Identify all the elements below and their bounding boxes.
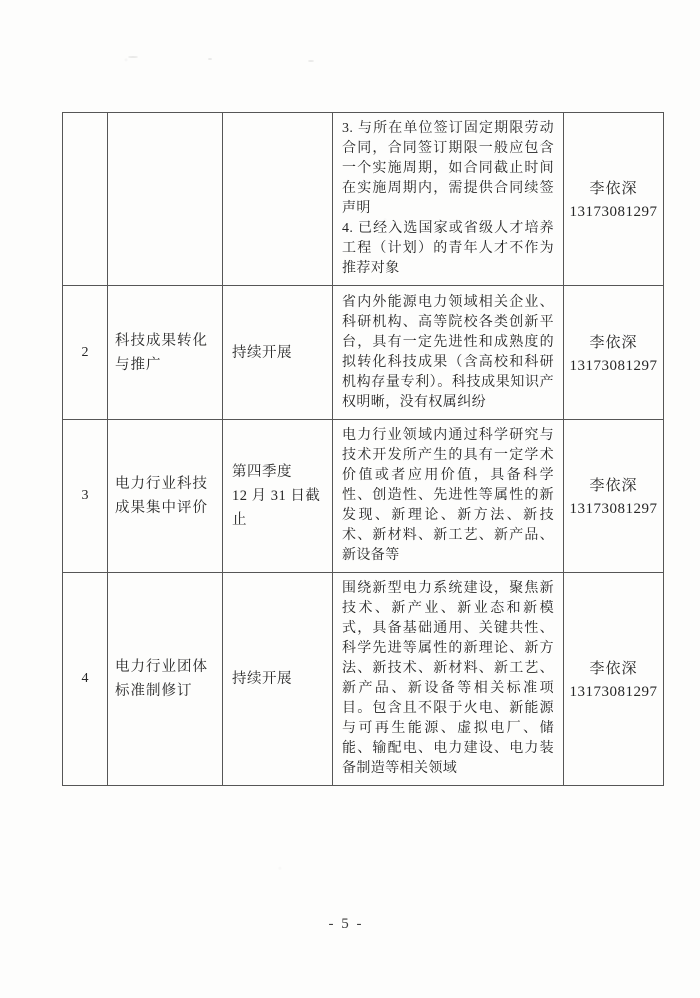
cell-program-name: 科技成果转化与推广 — [108, 286, 223, 420]
contact-phone: 13173081297 — [567, 684, 660, 701]
scanned-document-page: 3. 与所在单位签订固定期限劳动合同，合同签订期限一般应包含一个实施周期，如合同… — [0, 0, 700, 998]
cell-schedule: 持续开展 — [223, 573, 333, 786]
page-number: - 5 - — [0, 916, 692, 933]
cell-program-name: 电力行业团体标准制修订 — [108, 573, 223, 786]
cell-seq: 4 — [63, 573, 108, 786]
contact-name: 李依深 — [567, 177, 660, 198]
table-row: 3. 与所在单位签订固定期限劳动合同，合同签订期限一般应包含一个实施周期，如合同… — [63, 113, 664, 286]
cell-requirements: 电力行业领域内通过科学研究与技术开发所产生的具有一定学术价值或者应用价值，具备科… — [333, 420, 564, 573]
scan-speck — [308, 60, 314, 62]
contact-phone: 13173081297 — [567, 358, 660, 375]
cell-contact: 李依深 13173081297 — [564, 113, 664, 286]
cell-seq — [63, 113, 108, 286]
cell-contact: 李依深 13173081297 — [564, 420, 664, 573]
cell-requirements: 省内外能源电力领域相关企业、科研机构、高等院校各类创新平台，具有一定先进性和成熟… — [333, 286, 564, 420]
contact-name: 李依深 — [567, 474, 660, 495]
cell-contact: 李依深 13173081297 — [564, 286, 664, 420]
table-row: 4 电力行业团体标准制修订 持续开展 围绕新型电力系统建设，聚焦新技术、新产业、… — [63, 573, 664, 786]
cell-seq: 2 — [63, 286, 108, 420]
contact-phone: 13173081297 — [567, 204, 660, 221]
cell-contact: 李依深 13173081297 — [564, 573, 664, 786]
table-row: 2 科技成果转化与推广 持续开展 省内外能源电力领域相关企业、科研机构、高等院校… — [63, 286, 664, 420]
scan-speck — [128, 56, 138, 58]
contact-name: 李依深 — [567, 331, 660, 352]
contact-phone: 13173081297 — [567, 501, 660, 518]
table-row: 3 电力行业科技成果集中评价 第四季度 12 月 31 日截止 电力行业领域内通… — [63, 420, 664, 573]
cell-schedule — [223, 113, 333, 286]
cell-program-name — [108, 113, 223, 286]
cell-schedule: 第四季度 12 月 31 日截止 — [223, 420, 333, 573]
cell-requirements: 3. 与所在单位签订固定期限劳动合同，合同签订期限一般应包含一个实施周期，如合同… — [333, 113, 564, 286]
cell-seq: 3 — [63, 420, 108, 573]
cell-requirements: 围绕新型电力系统建设，聚焦新技术、新产业、新业态和新模式，具备基础通用、关键共性… — [333, 573, 564, 786]
contact-name: 李依深 — [567, 657, 660, 678]
cell-schedule: 持续开展 — [223, 286, 333, 420]
cell-program-name: 电力行业科技成果集中评价 — [108, 420, 223, 573]
program-table: 3. 与所在单位签订固定期限劳动合同，合同签订期限一般应包含一个实施周期，如合同… — [62, 112, 664, 786]
scan-speck — [208, 58, 212, 60]
